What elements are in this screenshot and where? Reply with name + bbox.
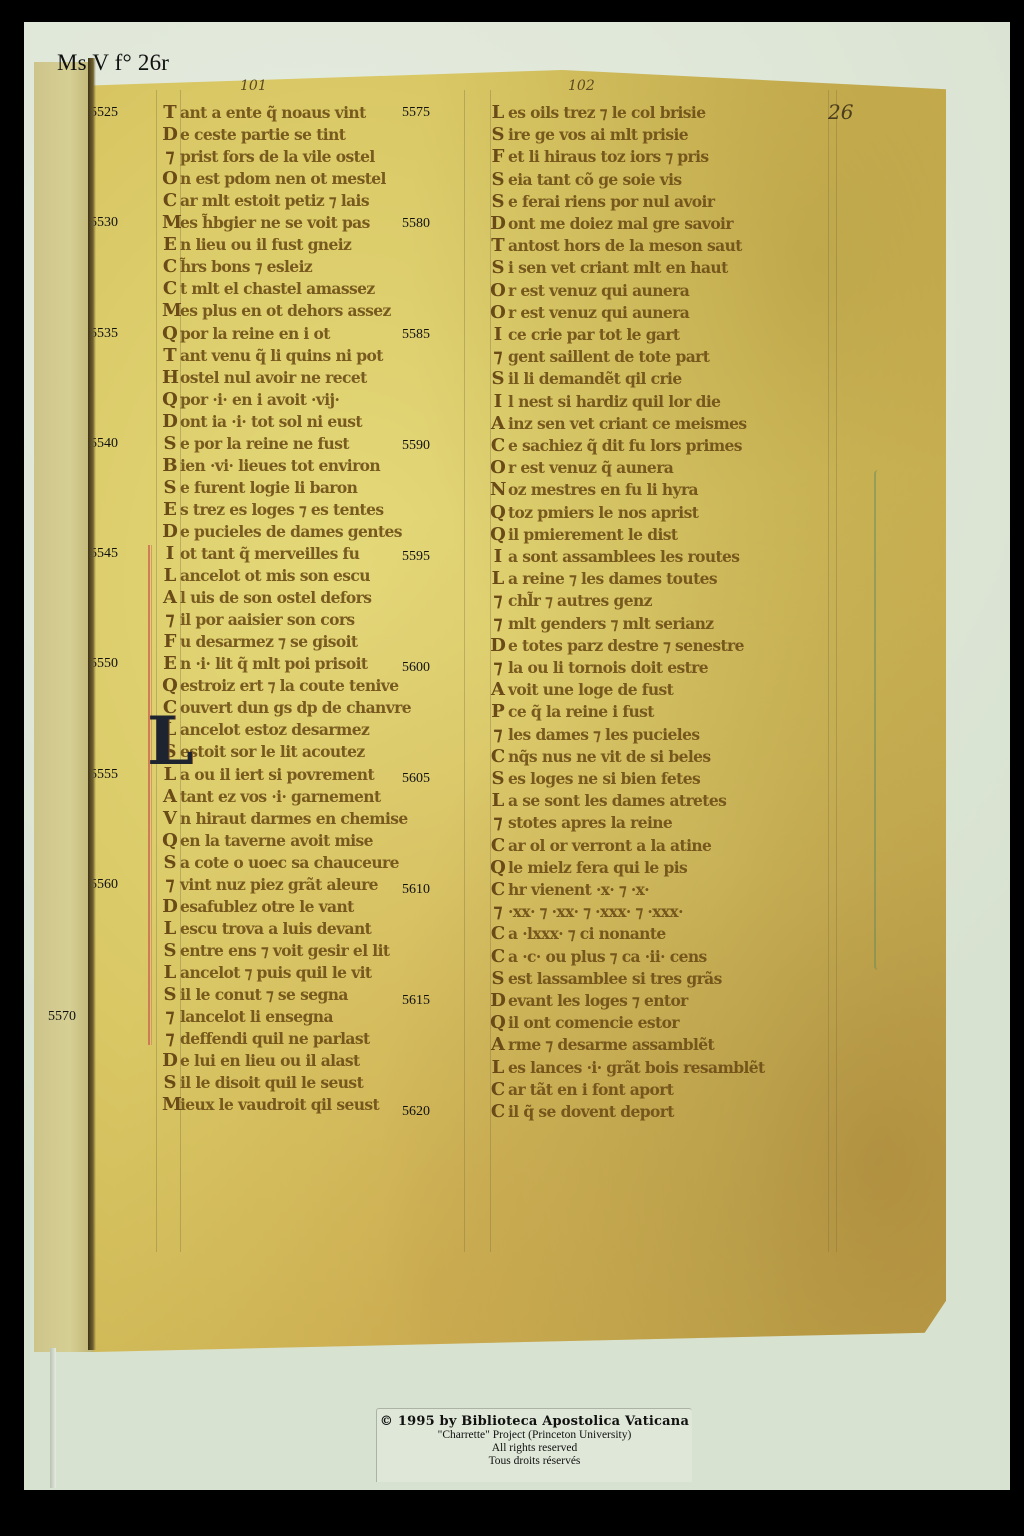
verse-text: ar ol or verront a la atine [508, 835, 711, 857]
folio-number: 26 [828, 100, 853, 124]
verse-text: nq̃s nus ne vit de si beles [508, 746, 711, 768]
verse-initial: C [490, 435, 506, 457]
verse-text: les dames ⁊ les pucieles [508, 724, 699, 746]
verse-initial: ⁊ [162, 1006, 178, 1028]
verse-text: e por la reine ne fust [180, 433, 349, 455]
line-number: 5615 [388, 990, 430, 1012]
manuscript-label: Ms V f° 26r [57, 50, 169, 76]
verse-initial: O [490, 302, 506, 324]
verse-text: voit une loge de fust [508, 679, 673, 701]
verse-initial: A [162, 786, 178, 808]
verse-text: hr vienent ·x· ⁊ ·x· [508, 879, 649, 901]
rubric-flourish [148, 545, 152, 1045]
verse-text: il pmierement le dist [508, 524, 677, 546]
verse-initial: L [490, 102, 506, 124]
facing-page-edge [34, 62, 94, 1352]
verse-initial: Q [162, 675, 178, 697]
verse-initial: N [490, 479, 506, 501]
verse-initial: S [162, 433, 178, 455]
verse-text: ouvert dun gs dp de chanvre [180, 697, 411, 719]
line-number: 5575 [388, 102, 430, 124]
verse-text: ancelot ot mis son escu [180, 565, 370, 587]
column-header-left: 101 [240, 78, 267, 94]
verse-initial: H [162, 367, 178, 389]
line-number: 5555 [76, 764, 118, 786]
caption-project: "Charrette" Project (Princeton Universit… [377, 1429, 692, 1442]
verse-text: vint nuz piez grãt aleure [180, 874, 378, 896]
verse-initial: L [490, 1057, 506, 1079]
verse-text: ont ia ·i· tot sol ni eust [180, 411, 362, 433]
verse-text: es oils trez ⁊ le col brisie [508, 102, 705, 124]
verse-text: prist fors de la vile ostel [180, 146, 375, 168]
line-number: 5550 [76, 653, 118, 675]
line-number: 5620 [388, 1101, 430, 1123]
verse-text: il le disoit quil le seust [180, 1072, 363, 1094]
verse-text: es loges ne si bien fetes [508, 768, 700, 790]
verse-text: deffendi quil ne parlast [180, 1028, 370, 1050]
line-number: 5525 [76, 102, 118, 124]
verse-initial: C [162, 190, 178, 212]
verse-initial: M [162, 212, 178, 234]
verse-initial: M [162, 300, 178, 322]
verse-initial: D [490, 990, 506, 1012]
verse-text: ant venu q̃ li quins ni pot [180, 345, 383, 367]
verse-initial: C [490, 1079, 506, 1101]
verse-initial: Q [490, 502, 506, 524]
verse-text: est lassamblee si tres grãs [508, 968, 722, 990]
verse-text: inz sen vet criant ce meismes [508, 413, 747, 435]
verse-text: e ferai riens por nul avoir [508, 191, 714, 213]
line-number: 5530 [76, 212, 118, 234]
verse-text: il li demandẽt qil crie [508, 368, 682, 390]
verse-initial: S [490, 768, 506, 790]
verse-initial: I [490, 391, 506, 413]
verse-initial: Q [490, 857, 506, 879]
verse-text: lancelot li ensegna [180, 1006, 333, 1028]
verse-initial: S [490, 169, 506, 191]
verse-initial: ⁊ [162, 874, 178, 896]
verse-text: en la taverne avoit mise [180, 830, 373, 852]
verse-initial: ⁊ [162, 146, 178, 168]
verse-text: a se sont les dames atretes [508, 790, 726, 812]
caption-rights: All rights reserved [377, 1442, 692, 1455]
line-number: 5545 [76, 543, 118, 565]
verse-initial: A [162, 587, 178, 609]
verse-text: ce crie par tot le gart [508, 324, 680, 346]
verse-text: escu trova a luis devant [180, 918, 371, 940]
verse-text: t mlt el chastel amassez [180, 278, 375, 300]
verse-text: gent saillent de tote part [508, 346, 709, 368]
ruling-line [828, 90, 829, 1252]
verse-initial: C [490, 835, 506, 857]
verse-initial: S [490, 124, 506, 146]
verse-initial: S [162, 1072, 178, 1094]
verse-text: a cote o uoec sa chauceure [180, 852, 399, 874]
verse-text: ant a ente q̃ noaus vint [180, 102, 366, 124]
verse-text: ieux le vaudroit qil seust [180, 1094, 379, 1116]
ruling-line [836, 90, 837, 1252]
line-number: 5540 [76, 433, 118, 455]
verse-initial: C [490, 1101, 506, 1123]
verse-text: ·xx· ⁊ ·xx· ⁊ ·xxx· ⁊ ·xxx· [508, 901, 683, 923]
verse-text: oz mestres en fu li hyra [508, 479, 698, 501]
verse-initial: E [162, 234, 178, 256]
verse-text: ce q̃ la reine i fust [508, 701, 654, 723]
verse-text: estoit sor le lit acoutez [180, 741, 365, 763]
verse-text: entre ens ⁊ voit gesir el lit [180, 940, 389, 962]
verse-initial: L [490, 568, 506, 590]
verse-initial: I [162, 543, 178, 565]
verse-initial: T [490, 235, 506, 257]
verse-initial: O [490, 457, 506, 479]
column-header-right: 102 [568, 78, 595, 94]
verse-initial: Q [162, 323, 178, 345]
verse-initial: C [490, 879, 506, 901]
verse-text: tant ez vos ·i· garnement [180, 786, 381, 808]
line-number: 5570 [34, 1006, 76, 1028]
verse-text: e sachiez q̃ dit fu lors primes [508, 435, 742, 457]
verse-initial: ⁊ [490, 613, 506, 635]
verse-text: n lieu ou il fust gneiz [180, 234, 351, 256]
verse-initial: A [490, 679, 506, 701]
verse-text: por la reine en i ot [180, 323, 330, 345]
verse-text: ien ·vi· lieues tot environ [180, 455, 380, 477]
line-number: 5590 [388, 435, 430, 457]
verse-initial: P [490, 701, 506, 723]
verse-text: e furent logie li baron [180, 477, 357, 499]
verse-initial: ⁊ [162, 1028, 178, 1050]
verse-text: ostel nul avoir ne recet [180, 367, 367, 389]
verse-text: e totes parz destre ⁊ senestre [508, 635, 744, 657]
verse-initial: L [162, 918, 178, 940]
verse-text: chl̃r ⁊ autres genz [508, 590, 652, 612]
verse-initial: S [162, 940, 178, 962]
line-number: 5585 [388, 324, 430, 346]
verse-text: il q̃ se dovent deport [508, 1101, 674, 1123]
verse-text: e ceste partie se tint [180, 124, 345, 146]
verse-text: s trez es loges ⁊ es tentes [180, 499, 383, 521]
verse-text: la ou li tornois doit estre [508, 657, 708, 679]
verse-initial: E [162, 653, 178, 675]
verse-initial: D [162, 124, 178, 146]
line-number: 5605 [388, 768, 430, 790]
verse-text: r est venuz qui aunera [508, 280, 689, 302]
verse-initial: A [490, 413, 506, 435]
verse-initial: B [162, 455, 178, 477]
line-number: 5535 [76, 323, 118, 345]
verse-initial: T [162, 102, 178, 124]
verse-initial: I [490, 546, 506, 568]
ruling-line [156, 90, 157, 1252]
verse-initial: L [490, 790, 506, 812]
verse-initial: I [490, 324, 506, 346]
verse-initial: Q [490, 524, 506, 546]
verse-text: l nest si hardiz quil lor die [508, 391, 720, 413]
verse-text: u desarmez ⁊ se gisoit [180, 631, 358, 653]
verse-initial: S [490, 368, 506, 390]
verse-text: es h̃bgier ne se voit pas [180, 212, 370, 234]
verse-initial: Q [490, 1012, 506, 1034]
verse-initial: S [490, 968, 506, 990]
verse-initial: C [162, 278, 178, 300]
verse-initial: D [162, 896, 178, 918]
decorated-initial: L [147, 704, 181, 778]
verse-initial: Q [162, 830, 178, 852]
verse-text: ot tant q̃ merveilles fu [180, 543, 359, 565]
verse-initial: D [162, 411, 178, 433]
verse-text: r est venuz qui aunera [508, 302, 689, 324]
verse-initial: F [162, 631, 178, 653]
verse-text: a sont assamblees les routes [508, 546, 739, 568]
verse-initial: ⁊ [490, 901, 506, 923]
verse-initial: C [490, 746, 506, 768]
verse-initial: ⁊ [490, 812, 506, 834]
verse-text: e lui en lieu ou il alast [180, 1050, 360, 1072]
margin-decoration [874, 470, 882, 970]
line-number: 5610 [388, 879, 430, 901]
verse-initial: L [162, 565, 178, 587]
verse-text: toz pmiers le nos aprist [508, 502, 698, 524]
mount-fold [50, 1348, 56, 1488]
verse-initial: ⁊ [490, 590, 506, 612]
caption-title: © 1995 by Biblioteca Apostolica Vaticana [377, 1414, 692, 1429]
verse-text: l uis de son ostel defors [180, 587, 371, 609]
verse-text: ire ge vos ai mlt prisie [508, 124, 688, 146]
verse-initial: E [162, 499, 178, 521]
verse-initial: ⁊ [490, 346, 506, 368]
verse-text: a reine ⁊ les dames toutes [508, 568, 717, 590]
verse-initial: Q [162, 389, 178, 411]
verse-initial: D [490, 635, 506, 657]
verse-text: ar tãt en i font aport [508, 1079, 673, 1101]
verse-text: ancelot ⁊ puis quil le vit [180, 962, 372, 984]
copyright-caption: © 1995 by Biblioteca Apostolica Vaticana… [376, 1408, 692, 1482]
verse-text: il le conut ⁊ se segna [180, 984, 348, 1006]
verse-initial: D [162, 521, 178, 543]
ruling-line [464, 90, 465, 1252]
verse-text: es plus en ot dehors assez [180, 300, 391, 322]
line-number: 5580 [388, 213, 430, 235]
verse-text: et li hiraus toz iors ⁊ pris [508, 146, 708, 168]
verse-text: rme ⁊ desarme assamblẽt [508, 1034, 714, 1056]
verse-text: antost hors de la meson saut [508, 235, 742, 257]
verse-initial: A [490, 1034, 506, 1056]
verse-initial: C [162, 256, 178, 278]
verse-initial: V [162, 808, 178, 830]
verse-text: esafublez otre le vant [180, 896, 354, 918]
line-number: 5600 [388, 657, 430, 679]
verse-initial: S [490, 191, 506, 213]
verse-initial: D [162, 1050, 178, 1072]
verse-text: il por aaisier son cors [180, 609, 355, 631]
verse-initial: S [162, 477, 178, 499]
verse-initial: C [490, 923, 506, 945]
verse-text: ar mlt estoit petiz ⁊ lais [180, 190, 369, 212]
book-gutter [88, 58, 96, 1350]
line-number: 5560 [76, 874, 118, 896]
verse-text: e pucieles de dames gentes [180, 521, 402, 543]
verse-text: n hiraut darmes en chemise [180, 808, 408, 830]
verse-text: n est pdom nen ot mestel [180, 168, 386, 190]
verse-text: a ou il iert si povrement [180, 764, 374, 786]
verse-text: evant les loges ⁊ entor [508, 990, 688, 1012]
verse-initial: ⁊ [490, 657, 506, 679]
verse-text: h̃rs bons ⁊ esleiz [180, 256, 312, 278]
verse-text: ont me doiez mal gre savoir [508, 213, 733, 235]
verse-text: r est venuz q̃ aunera [508, 457, 673, 479]
verse-initial: T [162, 345, 178, 367]
verse-initial: O [490, 280, 506, 302]
verse-text: eia tant cõ ge soie vis [508, 169, 682, 191]
verse-initial: L [162, 962, 178, 984]
verse-initial: S [490, 257, 506, 279]
verse-initial: ⁊ [162, 609, 178, 631]
verse-text: le mielz fera qui le pis [508, 857, 687, 879]
verse-text: i sen vet criant mlt en haut [508, 257, 728, 279]
verse-initial: O [162, 168, 178, 190]
verse-initial: D [490, 213, 506, 235]
verse-initial: M [162, 1094, 178, 1116]
verse-text: estroiz ert ⁊ la coute tenive [180, 675, 398, 697]
verse-text: ancelot estoz desarmez [180, 719, 369, 741]
line-number: 5595 [388, 546, 430, 568]
verse-initial: S [162, 852, 178, 874]
verse-text: stotes apres la reine [508, 812, 672, 834]
verse-initial: S [162, 984, 178, 1006]
verse-text: mlt genders ⁊ mlt serianz [508, 613, 714, 635]
verse-text: a ·lxxx· ⁊ ci nonante [508, 923, 666, 945]
verse-initial: C [490, 946, 506, 968]
verse-text: n ·i· lit q̃ mlt poi prisoit [180, 653, 367, 675]
verse-initial: F [490, 146, 506, 168]
verse-text: il ont comencie estor [508, 1012, 679, 1034]
verse-text: es lances ·i· grãt bois resamblẽt [508, 1057, 765, 1079]
verse-text: a ·c· ou plus ⁊ ca ·ii· cens [508, 946, 707, 968]
caption-rights-fr: Tous droits réservés [377, 1455, 692, 1468]
verse-initial: ⁊ [490, 724, 506, 746]
verse-text: por ·i· en i avoit ·vij· [180, 389, 339, 411]
